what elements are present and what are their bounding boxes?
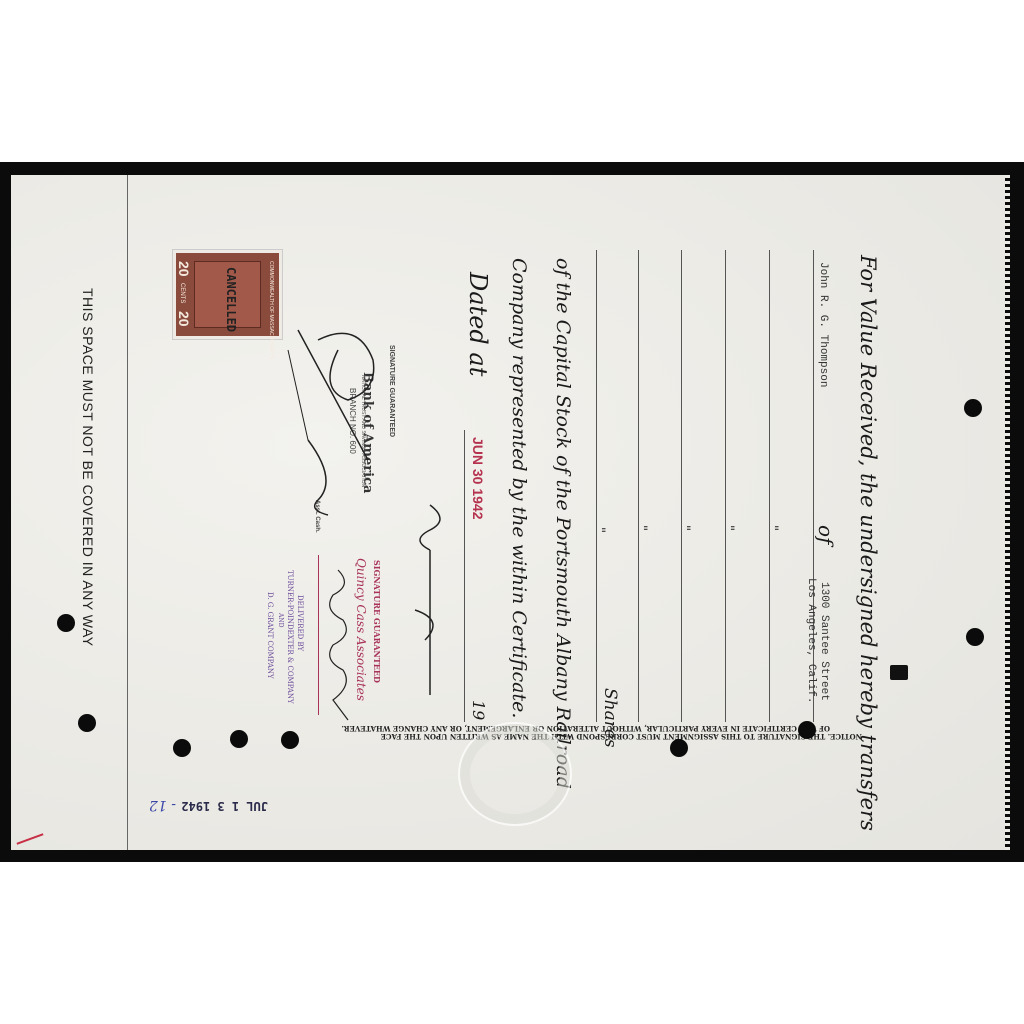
stamp-denomination-top: 20 — [176, 261, 192, 277]
embossed-seal — [458, 722, 572, 826]
delivered-by-label: DELIVERED BY — [296, 595, 304, 651]
notice-line-2: OF THE CERTIFICATE IN EVERY PARTICULAR, … — [341, 724, 830, 733]
punch-hole — [281, 731, 299, 749]
transferee-name: John R. G. Thompson — [817, 262, 829, 387]
ruled-line — [725, 250, 726, 722]
address-line-2: Los Angeles, Calif. — [805, 578, 817, 703]
ditto-mark: " — [677, 525, 692, 531]
handwritten-note: - 12 — [149, 797, 176, 813]
year-prefix: 19 — [469, 700, 488, 720]
notice-line-1: NOTICE. THE SIGNATURE TO THIS ASSIGNMENT… — [381, 732, 862, 741]
stamp-overprint: CANCELLED — [224, 267, 238, 332]
dated-flourish — [405, 500, 455, 700]
punch-hole — [966, 628, 984, 646]
date-stamp: JUN 30 1942 — [470, 437, 486, 520]
dated-line — [464, 430, 465, 722]
dated-label: Dated at — [464, 272, 492, 376]
punch-hole — [57, 614, 75, 632]
transfer-heading: For Value Received, the undersigned here… — [856, 255, 880, 831]
punch-hole — [78, 714, 96, 732]
ruled-line — [596, 250, 597, 722]
received-stamp: JUL 1 3 1942 — [181, 799, 268, 813]
margin-divider — [127, 175, 128, 850]
stamp-denomination-bottom: 20 — [176, 311, 192, 327]
punch-hole — [230, 730, 248, 748]
punch-hole — [670, 739, 688, 757]
stamp-issuer: COMMONWEALTH OF MASSACHUSETTS — [268, 261, 274, 359]
of-label: of — [814, 525, 838, 544]
address-line-1: 1300 Santee Street — [818, 582, 830, 701]
stock-description: of the Capital Stock of the Portsmouth A… — [552, 258, 574, 789]
bank-officer-signature — [278, 320, 398, 520]
ruled-line — [769, 250, 770, 722]
ditto-mark: " — [592, 527, 607, 533]
ditto-mark: " — [634, 525, 649, 531]
delivering-firm-1: TURNER-POINDEXTER & COMPANY — [286, 570, 294, 704]
punch-hole — [798, 721, 816, 739]
delivering-firm-2: D. G. GRANT COMPANY — [266, 592, 274, 679]
ruled-line — [681, 250, 682, 722]
broker-guarantee-heading: SIGNATURE GUARANTEED — [372, 560, 382, 683]
and-label: AND — [277, 613, 284, 627]
broker-signature — [318, 565, 358, 725]
tax-stamp: 20 20 CENTS COMMONWEALTH OF MASSACHUSETT… — [173, 250, 282, 339]
ditto-mark: " — [765, 525, 780, 531]
stamp-unit: CENTS — [179, 283, 185, 303]
margin-warning: THIS SPACE MUST NOT BE COVERED IN ANY WA… — [80, 288, 96, 647]
punch-hole — [964, 399, 982, 417]
ruled-line — [638, 250, 639, 722]
company-line: Company represented by the within Certif… — [508, 258, 530, 718]
ditto-mark: " — [721, 525, 736, 531]
clip-mark — [890, 665, 908, 680]
punch-hole — [173, 739, 191, 757]
